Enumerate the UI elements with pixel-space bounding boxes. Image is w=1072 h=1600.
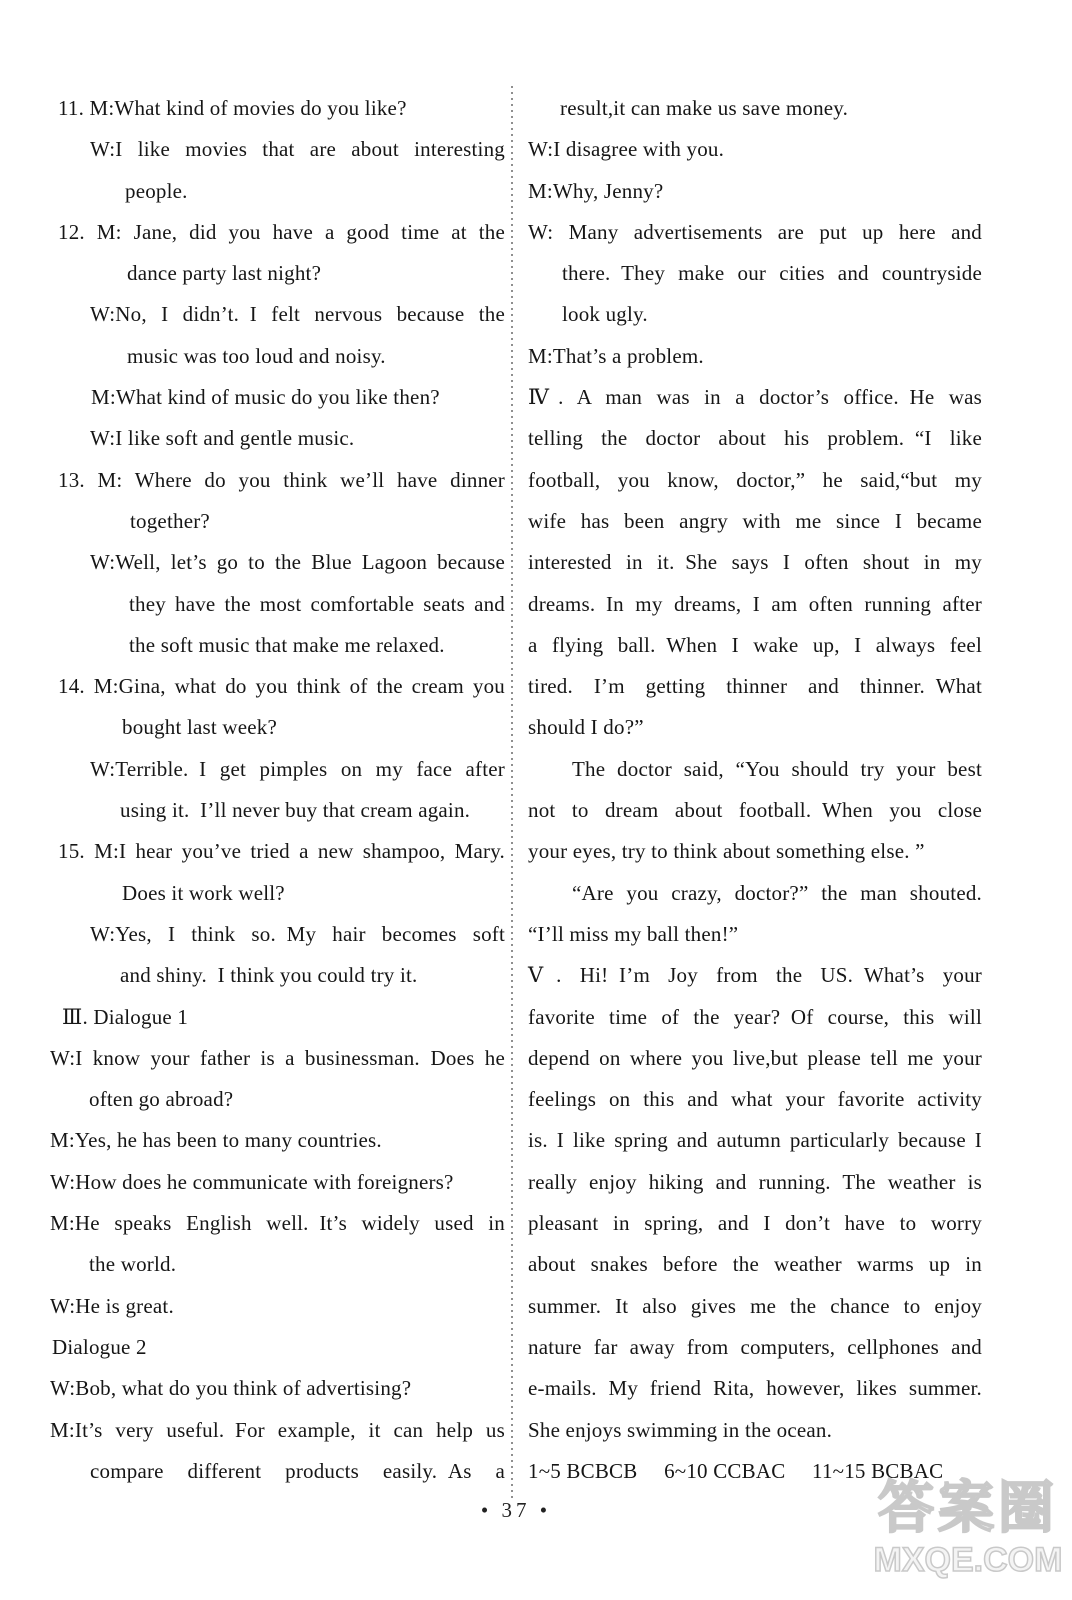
text-line: your eyes, try to think about something … bbox=[528, 831, 982, 872]
text-line: W: Many advertisements are put up here a… bbox=[528, 212, 982, 253]
text-line: people. bbox=[50, 171, 505, 212]
text-line: a flying ball. When I wake up, I always … bbox=[528, 625, 982, 666]
watermark-site-text: MXQE.COM bbox=[868, 1540, 1068, 1580]
text-line: W:No, I didn’t. I felt nervous because t… bbox=[50, 294, 505, 335]
text-line: W:I like soft and gentle music. bbox=[50, 418, 505, 459]
text-line: W:I like movies that are about interesti… bbox=[50, 129, 505, 170]
text-line: there. They make our cities and countrys… bbox=[528, 253, 982, 294]
page-number: • 37 • bbox=[0, 1498, 1032, 1523]
text-line: dance party last night? bbox=[50, 253, 505, 294]
text-line: “I’ll miss my ball then!” bbox=[528, 914, 982, 955]
text-line: 13. M: Where do you think we’ll have din… bbox=[50, 460, 505, 501]
text-line: pleasant in spring, and I don’t have to … bbox=[528, 1203, 982, 1244]
text-line: Dialogue 2 bbox=[50, 1327, 505, 1368]
text-line: not to dream about football. When you cl… bbox=[528, 790, 982, 831]
watermark: 答案圈 MXQE.COM bbox=[868, 1478, 1068, 1580]
text-line: W:Well, let’s go to the Blue Lagoon beca… bbox=[50, 542, 505, 583]
text-line: feelings on this and what your favorite … bbox=[528, 1079, 982, 1120]
text-line: they have the most comfortable seats and bbox=[50, 584, 505, 625]
text-line: favorite time of the year? Of course, th… bbox=[528, 997, 982, 1038]
text-line: interested in it. She says I often shout… bbox=[528, 542, 982, 583]
text-line: 1~5 BCBCB 6~10 CCBAC 11~15 BCBAC bbox=[528, 1451, 982, 1492]
text-line: football, you know, doctor,” he said,“bu… bbox=[528, 460, 982, 501]
text-line: Ⅲ. Dialogue 1 bbox=[50, 997, 505, 1038]
text-line: “Are you crazy, doctor?” the man shouted… bbox=[528, 873, 982, 914]
text-line: tired. I’m getting thinner and thinner. … bbox=[528, 666, 982, 707]
text-line: M:It’s very useful. For example, it can … bbox=[50, 1410, 505, 1451]
text-line: W:He is great. bbox=[50, 1286, 505, 1327]
text-line: nature far away from computers, cellphon… bbox=[528, 1327, 982, 1368]
text-line: M:Why, Jenny? bbox=[528, 171, 982, 212]
text-line: bought last week? bbox=[50, 707, 505, 748]
text-line: W:Yes, I think so. My hair becomes soft bbox=[50, 914, 505, 955]
text-line: M:Yes, he has been to many countries. bbox=[50, 1120, 505, 1161]
text-line: Does it work well? bbox=[50, 873, 505, 914]
text-line: M:He speaks English well. It’s widely us… bbox=[50, 1203, 505, 1244]
text-line: Ⅴ. Hi! I’m Joy from the US. What’s your bbox=[528, 955, 982, 996]
text-line: and shiny. I think you could try it. bbox=[50, 955, 505, 996]
text-line: 12. M: Jane, did you have a good time at… bbox=[50, 212, 505, 253]
text-line: 14. M:Gina, what do you think of the cre… bbox=[50, 666, 505, 707]
left-column: 11. M:What kind of movies do you like?W:… bbox=[50, 88, 505, 1492]
text-line: telling the doctor about his problem. “I… bbox=[528, 418, 982, 459]
text-line: W:I disagree with you. bbox=[528, 129, 982, 170]
text-line: Ⅳ. A man was in a doctor’s office. He wa… bbox=[528, 377, 982, 418]
text-line: summer. It also gives me the chance to e… bbox=[528, 1286, 982, 1327]
text-line: 15. M:I hear you’ve tried a new shampoo,… bbox=[50, 831, 505, 872]
text-line: together? bbox=[50, 501, 505, 542]
text-line: depend on where you live,but please tell… bbox=[528, 1038, 982, 1079]
text-line: should I do?” bbox=[528, 707, 982, 748]
right-column: result,it can make us save money.W:I dis… bbox=[528, 88, 982, 1492]
text-line: W:Terrible. I get pimples on my face aft… bbox=[50, 749, 505, 790]
text-line: the world. bbox=[50, 1244, 505, 1285]
text-line: result,it can make us save money. bbox=[528, 88, 982, 129]
text-line: M:What kind of music do you like then? bbox=[50, 377, 505, 418]
text-line: wife has been angry with me since I beca… bbox=[528, 501, 982, 542]
text-line: really enjoy hiking and running. The wea… bbox=[528, 1162, 982, 1203]
text-line: music was too loud and noisy. bbox=[50, 336, 505, 377]
text-line: 11. M:What kind of movies do you like? bbox=[50, 88, 505, 129]
text-line: about snakes before the weather warms up… bbox=[528, 1244, 982, 1285]
column-divider-dotted-line bbox=[511, 86, 513, 1498]
text-line: W:I know your father is a businessman. D… bbox=[50, 1038, 505, 1079]
text-line: dreams. In my dreams, I am often running… bbox=[528, 584, 982, 625]
text-line: is. I like spring and autumn particularl… bbox=[528, 1120, 982, 1161]
text-line: The doctor said, “You should try your be… bbox=[528, 749, 982, 790]
text-line: W:Bob, what do you think of advertising? bbox=[50, 1368, 505, 1409]
text-line: M:That’s a problem. bbox=[528, 336, 982, 377]
text-line: W:How does he communicate with foreigner… bbox=[50, 1162, 505, 1203]
text-line: look ugly. bbox=[528, 294, 982, 335]
text-line: compare different products easily. As a bbox=[50, 1451, 505, 1492]
text-line: often go abroad? bbox=[50, 1079, 505, 1120]
text-line: using it. I’ll never buy that cream agai… bbox=[50, 790, 505, 831]
scanned-answer-page: 11. M:What kind of movies do you like?W:… bbox=[0, 0, 1072, 1600]
text-line: the soft music that make me relaxed. bbox=[50, 625, 505, 666]
text-line: e-mails. My friend Rita, however, likes … bbox=[528, 1368, 982, 1409]
text-line: She enjoys swimming in the ocean. bbox=[528, 1410, 982, 1451]
